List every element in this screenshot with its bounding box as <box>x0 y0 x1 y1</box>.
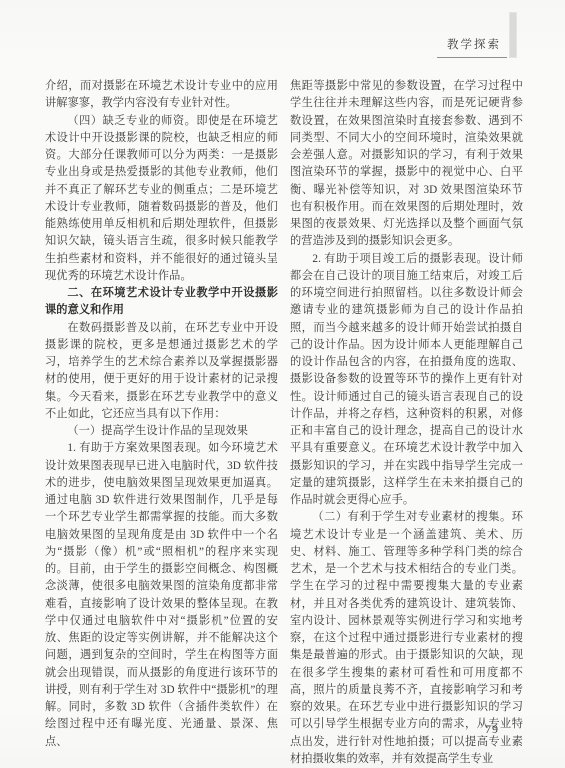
body-paragraph: 1. 有助于方案效果图表现。如今环境艺术设计效果图表现早已进入电脑时代，3D 软… <box>45 440 278 751</box>
badge-label: 教学探索 <box>447 39 501 51</box>
body-paragraph: 介绍，而对摄影在环境艺术设计专业中的应用讲解寥寥，教学内容没有专业针对性。 <box>45 78 278 113</box>
journal-page: 教学探索 介绍，而对摄影在环境艺术设计专业中的应用讲解寥寥，教学内容没有专业针对… <box>0 0 565 768</box>
body-paragraph: 在数码摄影普及以前，在环艺专业中开设摄影课的院校，更多是想通过摄影艺术的学习，培… <box>45 320 278 424</box>
body-paragraph: 焦距等摄影中常见的参数设置，在学习过程中学生往往并未理解这些内容，而是死记硬背参… <box>290 78 523 251</box>
column-header-badge: 教学探索 <box>437 12 517 58</box>
body-paragraph: 2. 有助于项目竣工后的摄影表现。设计师都会在自己设计的项目施工结束后，对竣工后… <box>290 251 523 510</box>
page-number: 79 <box>485 722 499 737</box>
badge-underline: 教学探索 <box>437 35 507 58</box>
text-column-left: 介绍，而对摄影在环境艺术设计专业中的应用讲解寥寥，教学内容没有专业针对性。（四）… <box>45 78 278 712</box>
body-paragraph: （四）缺乏专业的师资。即使是在环境艺术设计中开设摄影课的院校，也缺乏相应的师资。… <box>45 113 278 286</box>
article-body: 介绍，而对摄影在环境艺术设计专业中的应用讲解寥寥，教学内容没有专业针对性。（四）… <box>45 78 523 712</box>
body-paragraph: （一）提高学生设计作品的呈现效果 <box>45 423 278 440</box>
section-heading: 二、在环境艺术设计专业教学中开设摄影课的意义和作用 <box>45 285 278 320</box>
badge-vertical-bar <box>509 12 517 58</box>
text-column-right: 焦距等摄影中常见的参数设置，在学习过程中学生往往并未理解这些内容，而是死记硬背参… <box>290 78 523 712</box>
